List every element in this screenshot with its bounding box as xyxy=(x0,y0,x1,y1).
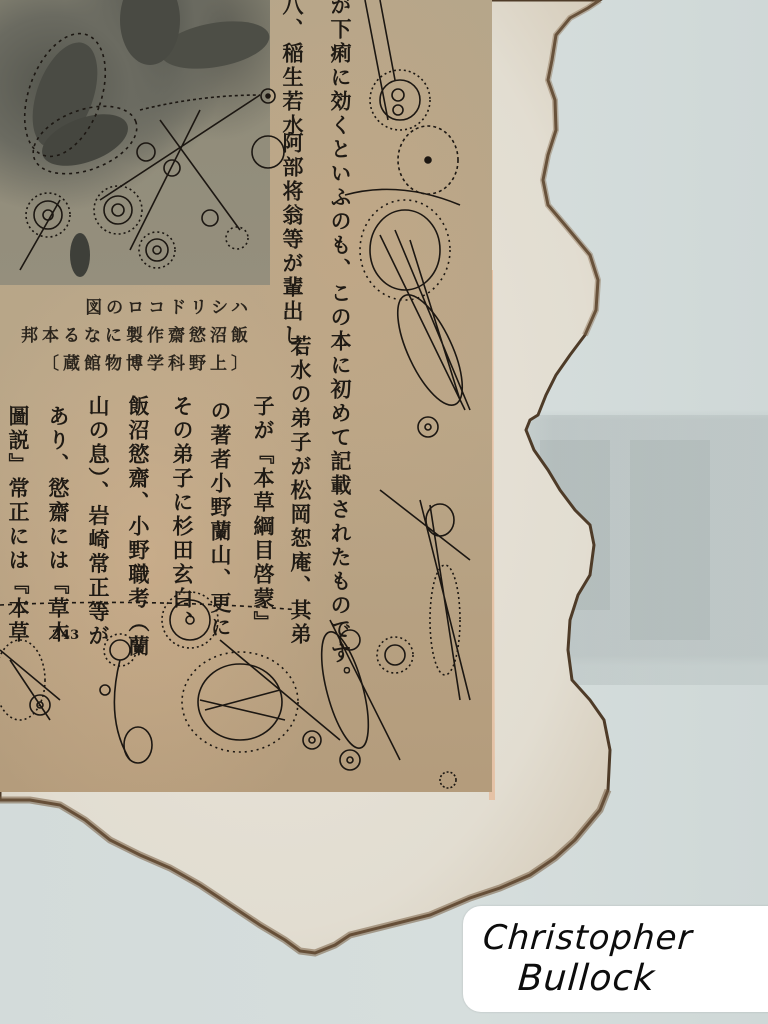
artist-name-label: Christopher Bullock xyxy=(463,906,768,1012)
text-column-8: 飯沼慾齋、小野職考（蘭 xyxy=(128,395,149,605)
text-column-11: 圖説』常正には『本草 xyxy=(8,405,29,615)
photo-caption: ハシリドコロの図 飯沼慾齋作製になる本邦 〔上野科学博物館蔵〕 xyxy=(0,287,262,375)
caption-line-2: 飯沼慾齋作製になる本邦 xyxy=(21,321,252,346)
newspaper-clipping: ハシリドコロの図 飯沼慾齋作製になる本邦 〔上野科学博物館蔵〕 が下痢に効くとい… xyxy=(0,0,492,792)
page-number: 243 xyxy=(52,628,79,643)
text-column-4: 若水の弟子が松岡恕庵、其弟 xyxy=(290,335,311,605)
text-column-3: 阿部将翁等が輩出し、 xyxy=(282,132,303,292)
artist-last-name: Bullock xyxy=(517,958,657,999)
text-column-5: 子が『本草綱目啓蒙』 xyxy=(253,395,274,605)
text-column-6: の著者小野蘭山、更に xyxy=(210,400,231,610)
text-column-7: その弟子に杉田玄白、 xyxy=(172,395,193,605)
text-column-9: 山の息）、岩崎常正等が xyxy=(88,395,109,605)
artist-first-name: Christopher xyxy=(482,918,694,958)
text-column-10: あり、慾齋には『草木 xyxy=(48,405,69,615)
caption-line-3: 〔上野科学博物館蔵〕 xyxy=(42,349,252,374)
caption-line-1: ハシリドコロの図 xyxy=(85,293,252,318)
text-column-2: 八、稲生若水 xyxy=(282,0,303,114)
botanical-photo xyxy=(0,0,270,285)
text-column-1: が下痢に効くといふのも、この本に初めて記載されたものです。 xyxy=(330,0,351,584)
